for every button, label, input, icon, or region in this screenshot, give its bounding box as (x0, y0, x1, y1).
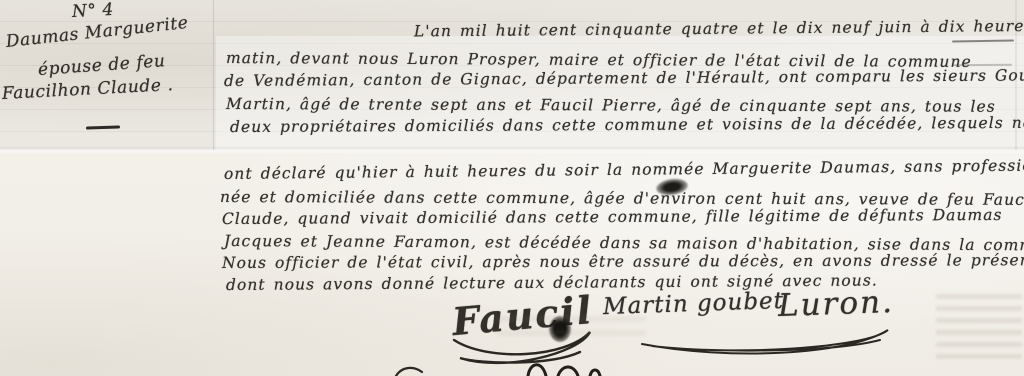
act-line: Nous officier de l'état civil, après nou… (222, 251, 1024, 272)
cutoff-signature-stroke (392, 364, 428, 376)
bleed-through-ghost (496, 316, 646, 344)
cutoff-signature-stroke (500, 356, 620, 376)
signature-luron: Luron. (777, 284, 894, 324)
signature-flourish-luron (636, 320, 904, 362)
record-number: N° 4 (71, 0, 114, 22)
act-line: Martin, âgé de trente sept ans et Faucil… (226, 95, 996, 116)
scan-seam (0, 147, 1024, 154)
bleed-through-ghost (936, 294, 1022, 364)
document-scan: N° 4 Daumas Marguerite épouse de feu Fau… (0, 0, 1024, 376)
margin-rule-line (213, 0, 214, 150)
